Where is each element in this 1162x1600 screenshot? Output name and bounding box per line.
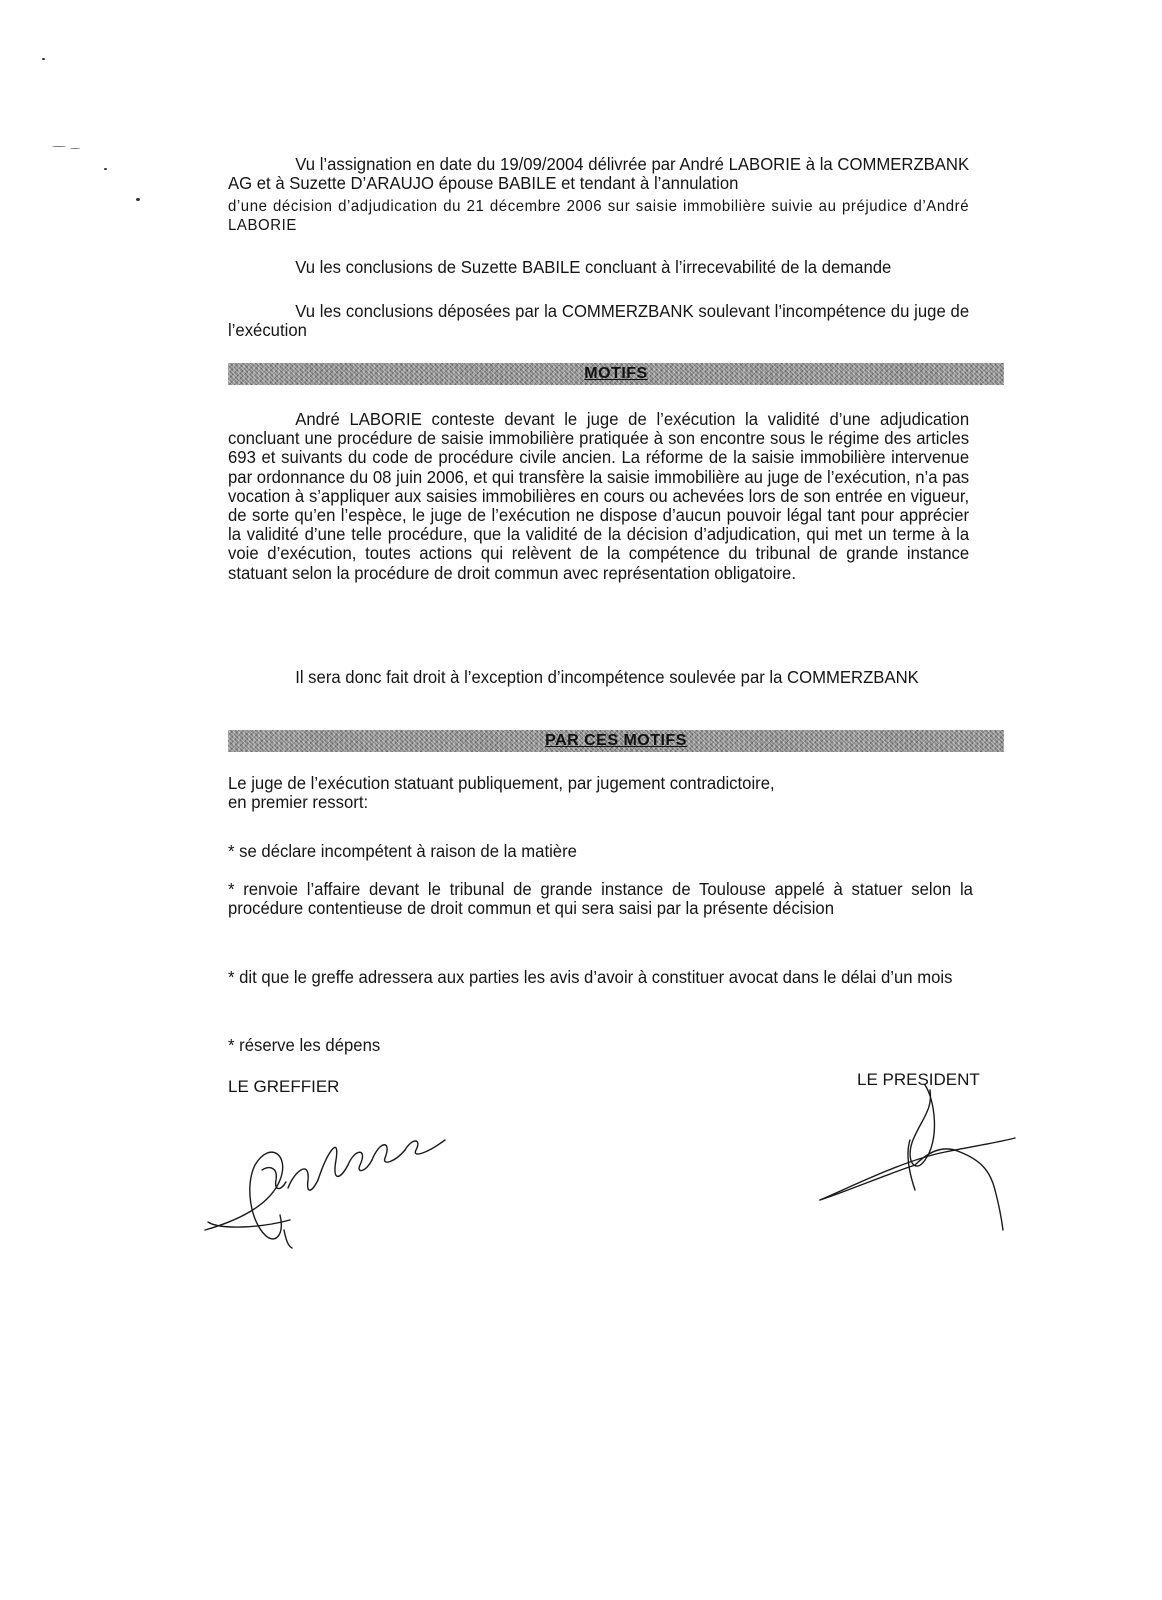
scanned-page: Vu l’assignation en date du 19/09/2004 d… xyxy=(0,0,1162,1600)
intro-assignation-line1: Vu l’assignation en date du 19/09/2004 d… xyxy=(228,155,969,193)
scan-speck xyxy=(52,146,66,147)
president-signature xyxy=(815,1080,1025,1230)
intro-conclusions-babile: Vu les conclusions de Suzette BABILE con… xyxy=(228,258,969,277)
section-heading-par-ces-motifs-label: PAR CES MOTIFS xyxy=(545,732,687,750)
intro-conclusions-commerzbank: Vu les conclusions déposées par la COMME… xyxy=(228,302,969,340)
dispositif-item-renvoi: * renvoie l’affaire devant le tribunal d… xyxy=(228,880,973,918)
section-heading-motifs-label: MOTIFS xyxy=(584,365,647,383)
scan-speck xyxy=(42,58,45,60)
motifs-paragraph-2: Il sera donc fait droit à l’exception d’… xyxy=(228,668,969,687)
dispositif-item-incompetence: * se déclare incompétent à raison de la … xyxy=(228,842,973,861)
signature-label-greffier: LE GREFFIER xyxy=(228,1077,339,1097)
dispositif-item-depens: * réserve les dépens xyxy=(228,1036,973,1055)
scan-speck xyxy=(136,198,140,201)
section-heading-motifs: MOTIFS xyxy=(228,363,1004,385)
section-heading-par-ces-motifs: PAR CES MOTIFS xyxy=(228,730,1004,752)
intro-assignation-line2: d’une décision d’adjudication du 21 déce… xyxy=(228,197,969,235)
dispositif-item-avis: * dit que le greffe adressera aux partie… xyxy=(228,968,973,987)
dispositif-intro: Le juge de l’exécution statuant publique… xyxy=(228,774,775,812)
greffier-signature xyxy=(200,1110,460,1250)
scan-speck xyxy=(70,148,80,149)
scan-speck xyxy=(104,168,107,170)
motifs-paragraph-1: André LABORIE conteste devant le juge de… xyxy=(228,410,969,583)
